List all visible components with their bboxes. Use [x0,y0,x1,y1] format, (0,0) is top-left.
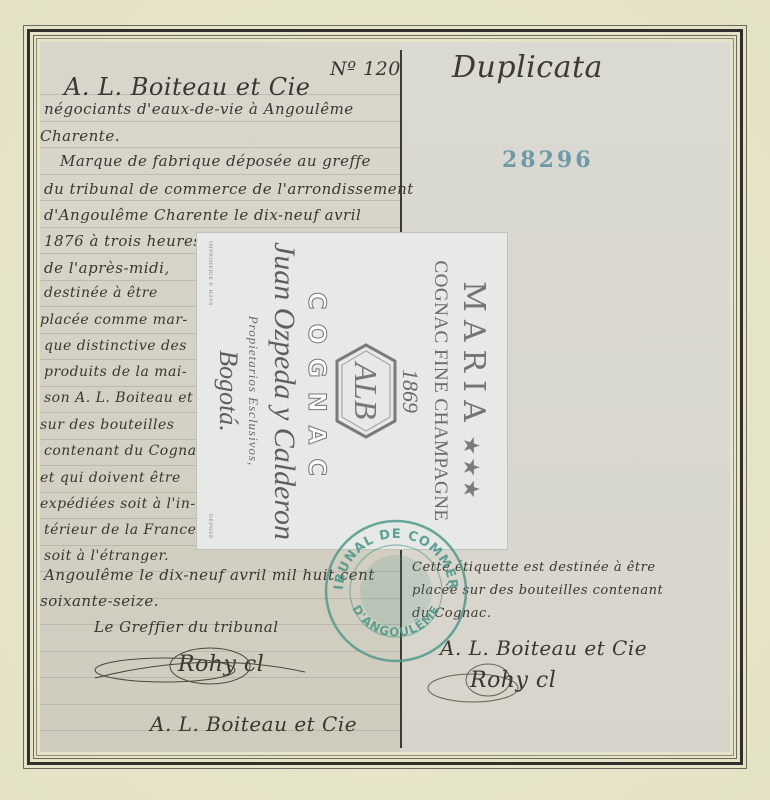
clerk-signature-right: Rohy cl [470,668,556,693]
handwritten-line: que distinctive des [44,338,187,354]
firm-signature-right: A. L. Boiteau et Cie [440,636,647,660]
firm-signature-left: A. L. Boiteau et Cie [150,712,357,736]
label-proprietors: Propietarios Esclusivos, [245,233,261,549]
monogram-crest-icon: ALB [333,341,399,441]
record-number: Nº 120 [330,58,401,80]
handwritten-line: contenant du Cognac [44,443,205,459]
stamp-number: 28296 [502,147,594,173]
handwritten-line: et qui doivent être [40,470,181,486]
label-year: 1869 [397,233,423,549]
ruled-line [40,147,400,148]
star-rating-icon: ★★★ [458,436,483,501]
signature-flourish-icon [85,640,325,700]
label-product: COGNAC [303,233,331,549]
ruled-line [40,174,400,175]
handwritten-line: expédiées soit à l'in- [40,496,196,512]
handwritten-line: 1876 à trois heures [44,232,202,250]
ruled-line [40,200,400,201]
deposit-mark: DÉPOSÉ [207,514,213,539]
tribunal-seal-icon: TRIBUNAL DE COMMERCE D'ANGOULÊME [323,518,469,664]
clerk-title: Le Greffier du tribunal [94,618,279,636]
handwritten-line: soit à l'étranger. [44,548,169,564]
handwritten-line: placée comme mar- [40,312,188,328]
handwritten-line: destinée à être [44,285,158,301]
label-city: Bogotá. [213,233,243,549]
printer-mark: IMPRIMERIE P. HAYS [207,241,213,306]
firm-heading: A. L. Boiteau et Cie [64,73,311,101]
ruled-line [40,227,400,228]
handwritten-line: du tribunal de commerce de l'arrondissem… [44,180,414,198]
closing-line-2: soixante-seize. [40,592,159,610]
handwritten-line: Charente. [40,127,120,145]
duplicate-heading: Duplicata [452,50,603,85]
handwritten-line: térieur de la France [44,522,196,538]
label-maker: Juan Ozpeda y Calderon [267,233,301,549]
cognac-label: MARIA★★★ COGNAC FINE CHAMPAGNE 1869 ALB … [197,233,507,549]
handwritten-line: de l'après-midi, [44,259,170,277]
handwritten-line: produits de la mai- [44,364,187,380]
svg-text:ALB: ALB [348,361,384,420]
label-subtitle: COGNAC FINE CHAMPAGNE [429,233,451,549]
handwritten-line: Marque de fabrique déposée au greffe [60,152,371,170]
brand-name: MARIA [456,281,491,430]
handwritten-line: négociants d'eaux-de-vie à Angoulême [44,100,354,118]
label-brand: MARIA★★★ [456,233,491,549]
ruled-line [40,704,400,705]
handwritten-line: sur des bouteilles [40,417,174,433]
handwritten-line: d'Angoulême Charente le dix-neuf avril [44,206,361,224]
ruled-line [40,121,400,122]
label-content: MARIA★★★ COGNAC FINE CHAMPAGNE 1869 ALB … [197,233,507,549]
